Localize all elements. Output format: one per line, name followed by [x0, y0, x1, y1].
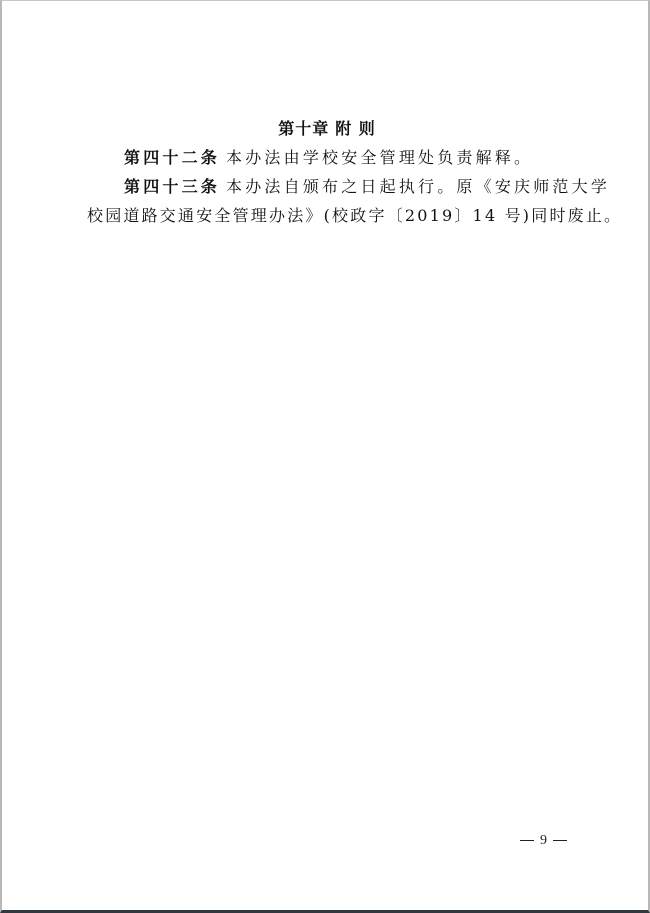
- article-43-line-1: 第四十三条本办法自颁布之日起执行。原《安庆师范大学: [124, 175, 610, 199]
- article-43-text-1: 本办法自颁布之日起执行。原《安庆师范大学: [226, 177, 610, 196]
- article-42: 第四十二条本办法由学校安全管理处负责解释。: [124, 146, 533, 170]
- page-number: 9: [514, 831, 573, 851]
- chapter-title: 第十章附 则: [2, 117, 650, 141]
- chapter-name: 附 则: [335, 119, 376, 138]
- dash-left: [520, 840, 534, 841]
- article-43-label: 第四十三条: [124, 177, 220, 196]
- article-42-label: 第四十二条: [124, 148, 220, 167]
- page-number-value: 9: [540, 833, 547, 848]
- article-42-text: 本办法由学校安全管理处负责解释。: [226, 148, 533, 167]
- article-43-line-2: 校园道路交通安全管理办法》(校政字〔2019〕14 号)同时废止。: [87, 204, 622, 228]
- dash-right: [553, 840, 567, 841]
- document-page: 第十章附 则 第四十二条本办法由学校安全管理处负责解释。 第四十三条本办法自颁布…: [0, 0, 650, 913]
- chapter-number: 第十章: [278, 119, 329, 138]
- article-43-text-2: 校园道路交通安全管理办法》(校政字〔2019〕14 号)同时废止。: [87, 206, 622, 225]
